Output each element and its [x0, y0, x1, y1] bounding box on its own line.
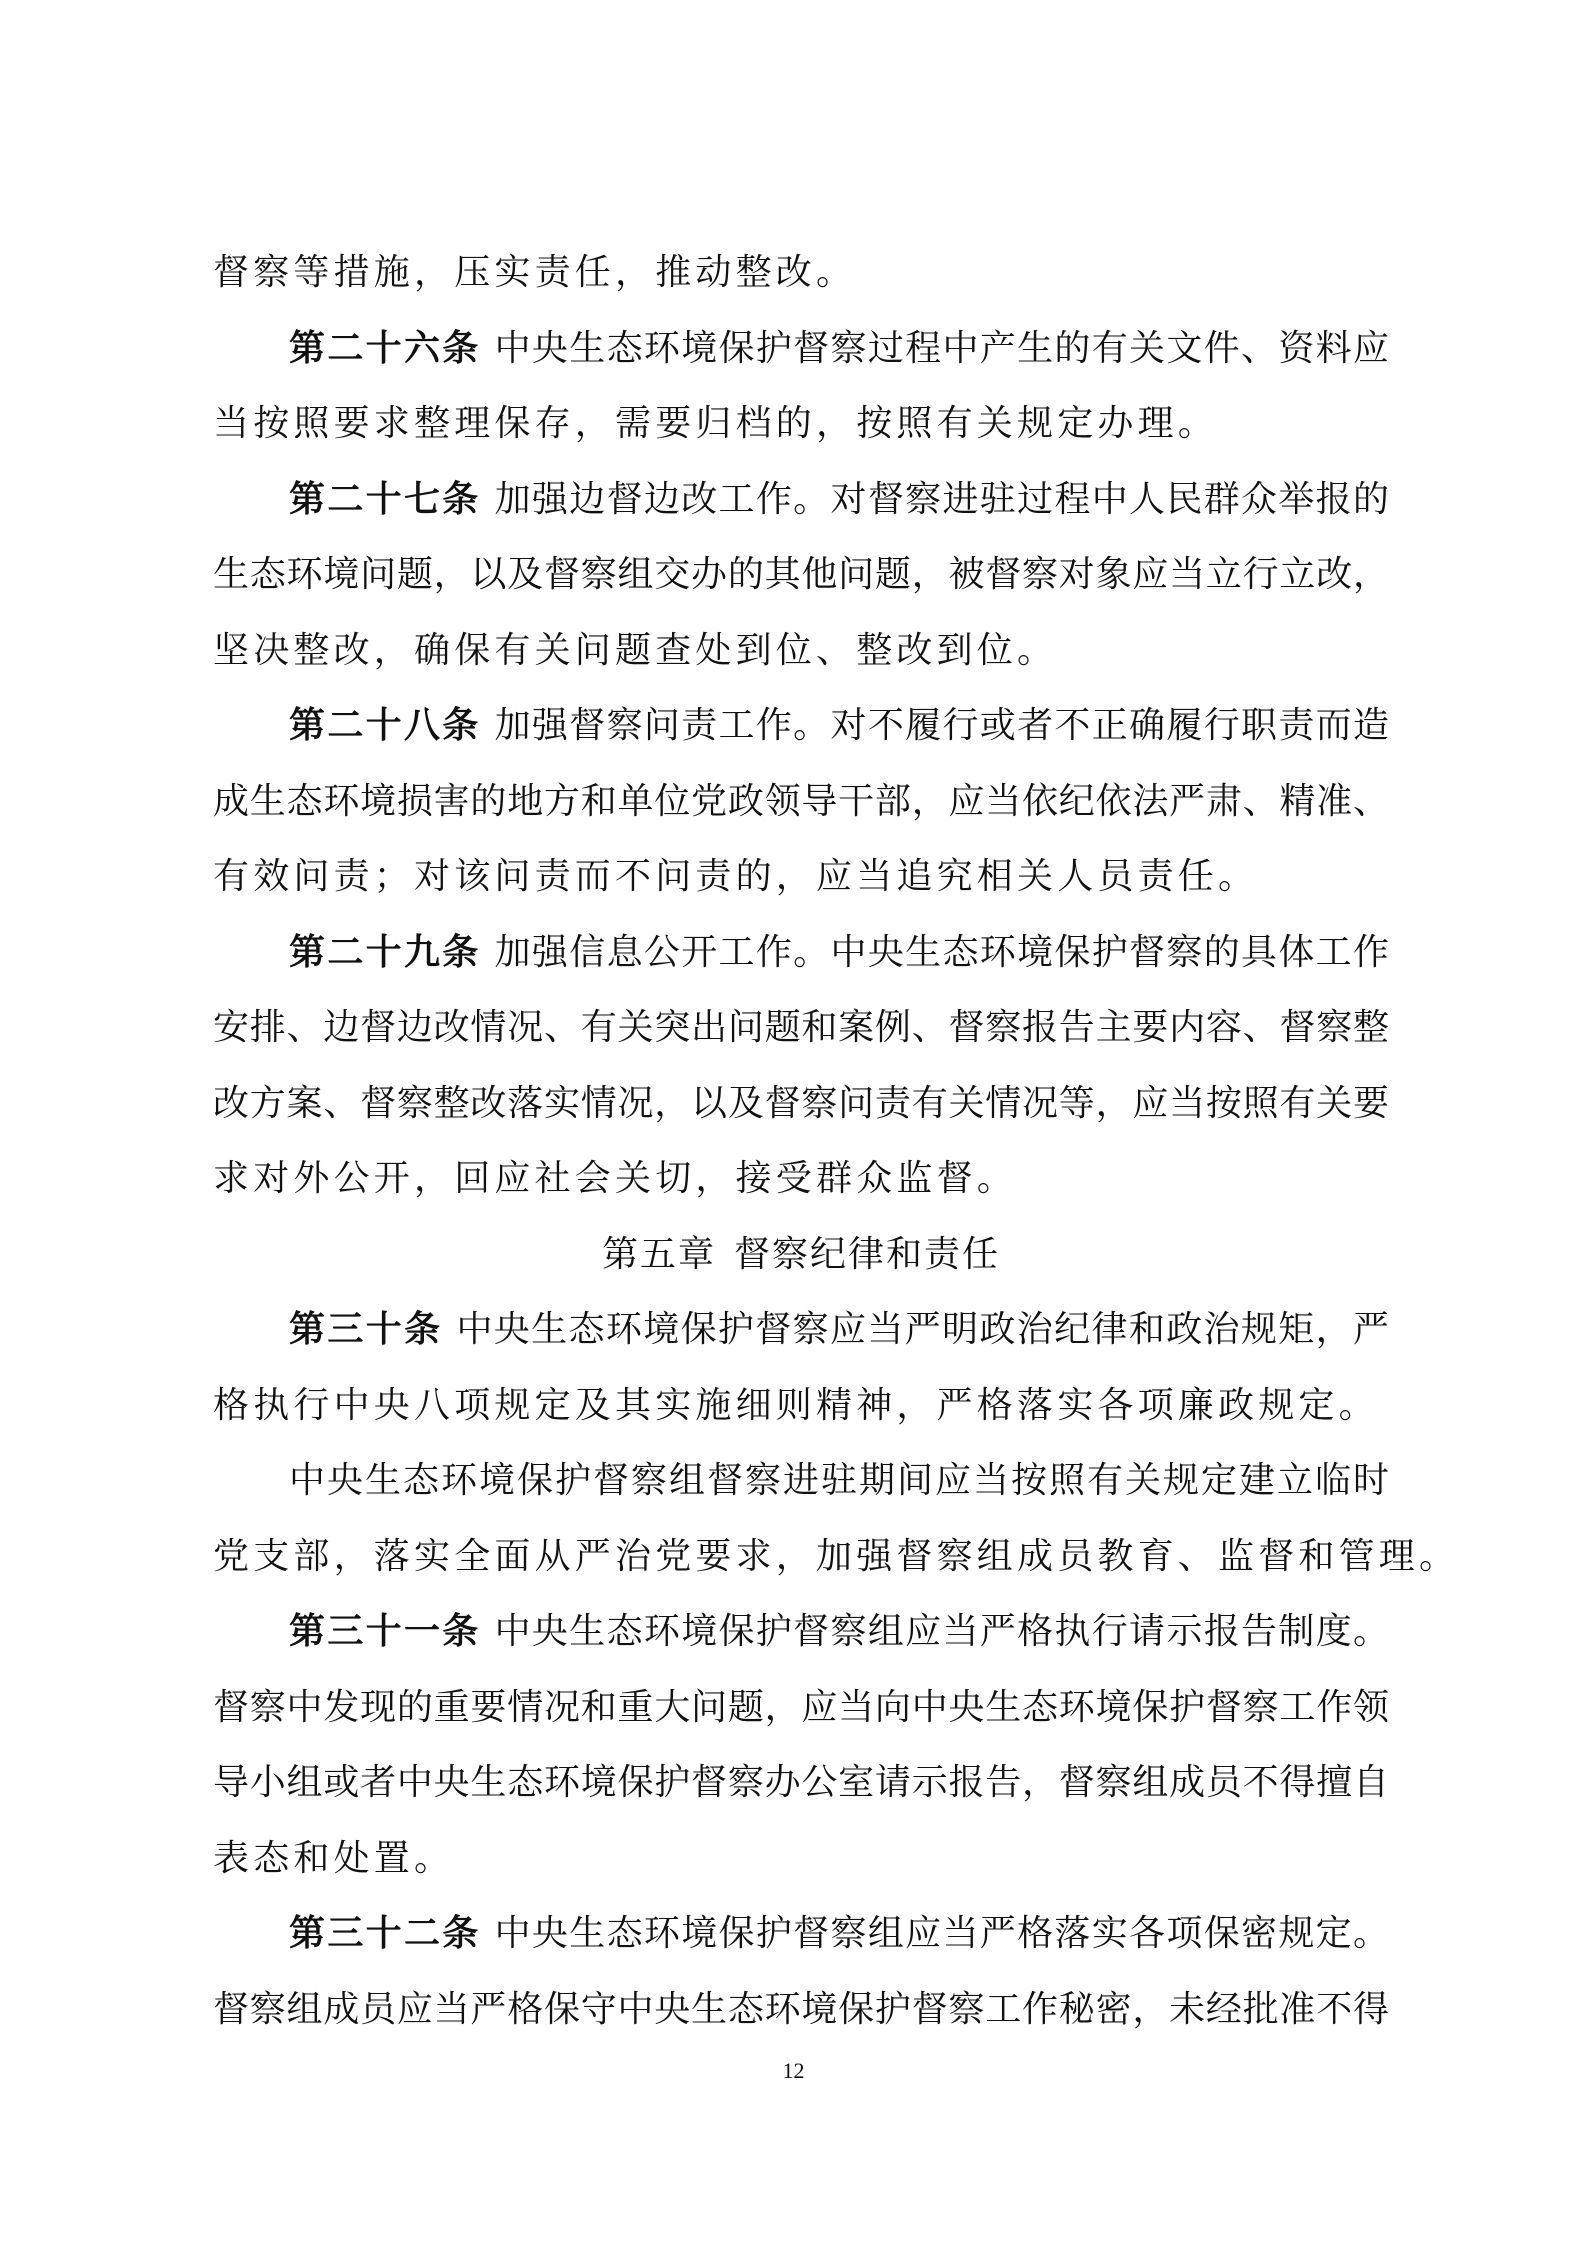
article-number: 第三十一条: [289, 1611, 481, 1652]
article-text: 加强信息公开工作。中央生态环境保护督察的具体工作: [495, 932, 1389, 973]
article-number: 第三十条: [289, 1309, 442, 1350]
article-31-line: 第三十一条中央生态环境保护督察组应当严格执行请示报告制度。: [213, 1594, 1389, 1670]
article-32-line: 第三十二条中央生态环境保护督察组应当严格落实各项保密规定。: [213, 1896, 1389, 1972]
body-line: 成生态环境损害的地方和单位党政领导干部，应当依纪依法严肃、精准、: [213, 764, 1389, 840]
article-text: 中央生态环境保护督察应当严明政治纪律和政治规矩，严: [456, 1309, 1389, 1350]
body-line: 督察组成员应当严格保守中央生态环境保护督察工作秘密，未经批准不得: [213, 1972, 1389, 2048]
article-number: 第二十八条: [289, 705, 481, 746]
article-30-line: 第三十条中央生态环境保护督察应当严明政治纪律和政治规矩，严: [213, 1292, 1389, 1368]
page-number: 12: [0, 2058, 1587, 2084]
body-line: 求对外公开，回应社会关切，接受群众监督。: [213, 1141, 1389, 1217]
article-text: 加强边督边改工作。对督察进驻过程中人民群众举报的: [495, 479, 1389, 520]
body-line: 督察中发现的重要情况和重大问题，应当向中央生态环境保护督察工作领: [213, 1670, 1389, 1746]
article-text: 中央生态环境保护督察过程中产生的有关文件、资料应: [495, 328, 1389, 369]
article-27-line: 第二十七条加强边督边改工作。对督察进驻过程中人民群众举报的: [213, 462, 1389, 538]
body-line: 格执行中央八项规定及其实施细则精神，严格落实各项廉政规定。: [213, 1368, 1389, 1444]
paragraph-line: 中央生态环境保护督察组督察进驻期间应当按照有关规定建立临时: [213, 1443, 1389, 1519]
body-line: 安排、边督边改情况、有关突出问题和案例、督察报告主要内容、督察整: [213, 990, 1389, 1066]
body-line: 改方案、督察整改落实情况，以及督察问责有关情况等，应当按照有关要: [213, 1066, 1389, 1142]
body-line: 导小组或者中央生态环境保护督察办公室请示报告，督察组成员不得擅自: [213, 1745, 1389, 1821]
article-text: 中央生态环境保护督察组应当严格执行请示报告制度。: [495, 1611, 1389, 1652]
article-text: 中央生态环境保护督察组应当严格落实各项保密规定。: [495, 1913, 1389, 1954]
body-line: 当按照要求整理保存，需要归档的，按照有关规定办理。: [213, 386, 1389, 462]
body-line: 坚决整改，确保有关问题查处到位、整改到位。: [213, 613, 1389, 689]
body-line: 有效问责；对该问责而不问责的，应当追究相关人员责任。: [213, 839, 1389, 915]
chapter-heading: 第五章督察纪律和责任: [213, 1217, 1389, 1293]
article-number: 第二十九条: [289, 932, 481, 973]
document-page: 督察等措施，压实责任，推动整改。 第二十六条中央生态环境保护督察过程中产生的有关…: [213, 235, 1389, 2047]
article-number: 第三十二条: [289, 1913, 481, 1954]
article-26-line: 第二十六条中央生态环境保护督察过程中产生的有关文件、资料应: [213, 311, 1389, 387]
article-29-line: 第二十九条加强信息公开工作。中央生态环境保护督察的具体工作: [213, 915, 1389, 991]
article-number: 第二十六条: [289, 328, 481, 369]
article-28-line: 第二十八条加强督察问责工作。对不履行或者不正确履行职责而造: [213, 688, 1389, 764]
article-text: 加强督察问责工作。对不履行或者不正确履行职责而造: [495, 705, 1389, 746]
body-line: 表态和处置。: [213, 1821, 1389, 1897]
chapter-number: 第五章: [602, 1234, 716, 1275]
body-line: 生态环境问题，以及督察组交办的其他问题，被督察对象应当立行立改，: [213, 537, 1389, 613]
chapter-title: 督察纪律和责任: [734, 1234, 1000, 1275]
article-number: 第二十七条: [289, 479, 481, 520]
body-line: 党支部，落实全面从严治党要求，加强督察组成员教育、监督和管理。: [213, 1519, 1389, 1595]
body-line: 督察等措施，压实责任，推动整改。: [213, 235, 1389, 311]
